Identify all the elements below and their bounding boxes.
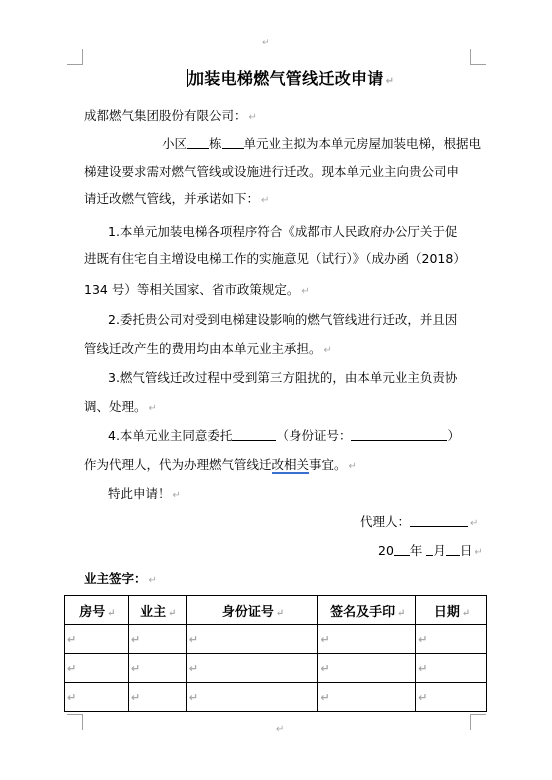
item-2-line-2[interactable]: 管线迁改产生的费用均由本单元业主承担。↵	[84, 341, 332, 359]
paragraph-mark: ↵	[324, 345, 332, 356]
closing-line[interactable]: 特此申请！↵	[108, 486, 181, 504]
cell-mark: ↵	[320, 633, 329, 646]
item-text: 调、处理。	[84, 399, 147, 414]
table-row: ↵ ↵ ↵ ↵ ↵	[65, 683, 487, 712]
table-header-row: 房号↵ 业主↵ 身份证号↵ 签名及手印↵ 日期↵	[65, 596, 487, 625]
cell-mark: ↵	[67, 633, 76, 646]
blank-field-building[interactable]	[187, 136, 209, 149]
cell-mark: ↵	[462, 608, 470, 619]
header-id-number[interactable]: 身份证号↵	[186, 596, 318, 625]
cell-mark: ↵	[397, 608, 405, 619]
blank-field-unit[interactable]	[222, 136, 244, 149]
table-cell[interactable]: ↵	[128, 654, 186, 683]
item-text: ）	[447, 428, 460, 443]
date-text: 年	[410, 543, 426, 558]
paragraph-mark: ↵	[149, 403, 157, 414]
title-text: 加装电梯燃气管线迁改申请	[188, 69, 384, 88]
item-text: 事宜。	[309, 457, 347, 472]
agent-signature-line[interactable]: 代理人：↵	[360, 514, 478, 532]
owner-signature-table: 房号↵ 业主↵ 身份证号↵ 签名及手印↵ 日期↵ ↵ ↵ ↵ ↵ ↵ ↵ ↵ ↵…	[64, 595, 487, 712]
crop-mark-bottom-right	[470, 714, 486, 730]
item-text: 管线迁改产生的费用均由本单元业主承担。	[84, 341, 322, 356]
cell-mark: ↵	[320, 691, 329, 704]
cell-mark: ↵	[189, 662, 198, 675]
item-1-line-3[interactable]: 134 号）等相关国家、省市政策规定。↵	[84, 282, 310, 300]
table-cell[interactable]: ↵	[65, 625, 129, 654]
crop-mark-top-left	[67, 49, 83, 65]
blank-field-id-number[interactable]	[351, 428, 447, 441]
intro-text: 栋	[209, 136, 222, 151]
header-text: 签名及手印	[330, 605, 395, 620]
header-paragraph-mark: ↵	[262, 35, 270, 51]
item-4-line-2[interactable]: 作为代理人，代为办理燃气管线迁改相关事宜。↵	[84, 457, 357, 475]
closing-text: 特此申请！	[108, 486, 171, 501]
header-text: 房号	[79, 605, 105, 620]
paragraph-mark: ↵	[249, 112, 257, 123]
table-cell[interactable]: ↵	[186, 654, 318, 683]
crop-mark-top-right	[470, 49, 486, 65]
cell-mark: ↵	[276, 608, 284, 619]
cell-mark: ↵	[107, 608, 115, 619]
intro-line-1[interactable]: 小区栋单元业主拟为本单元房屋加装电梯，根据电	[162, 136, 481, 152]
paragraph-mark: ↵	[261, 195, 269, 206]
header-text: 身份证号	[222, 605, 274, 620]
table-cell[interactable]: ↵	[416, 683, 487, 712]
paragraph-mark: ↵	[474, 547, 482, 558]
item-3-line-1[interactable]: 3.燃气管线迁改过程中受到第三方阻扰的，由本单元业主负责协	[108, 370, 457, 386]
table-cell[interactable]: ↵	[416, 625, 487, 654]
table-row: ↵ ↵ ↵ ↵ ↵	[65, 625, 487, 654]
table-cell[interactable]: ↵	[65, 654, 129, 683]
owner-signature-label[interactable]: 业主签字：↵	[84, 571, 157, 589]
owner-signature-text: 业主签字：	[84, 571, 147, 586]
paragraph-mark: ↵	[173, 490, 181, 501]
footer-paragraph-mark: ↵	[276, 722, 284, 738]
cell-mark: ↵	[189, 691, 198, 704]
paragraph-mark: ↵	[149, 575, 157, 586]
crop-mark-bottom-left	[67, 714, 83, 730]
blank-field-agent-signature[interactable]	[410, 514, 468, 527]
table-cell[interactable]: ↵	[416, 654, 487, 683]
table-cell[interactable]: ↵	[128, 683, 186, 712]
paragraph-mark: ↵	[470, 518, 478, 529]
cell-mark: ↵	[67, 691, 76, 704]
item-text: （身份证号：	[276, 428, 351, 443]
cell-mark: ↵	[131, 633, 140, 646]
addressee[interactable]: 成都燃气集团股份有限公司：↵	[84, 108, 257, 126]
cell-mark: ↵	[131, 691, 140, 704]
item-text: 作为代理人，代为办理燃气管线迁	[84, 457, 272, 472]
intro-line-2[interactable]: 梯建设要求需对燃气管线或设施进行迁改。现本单元业主向贵公司申	[84, 164, 459, 180]
cell-mark: ↵	[189, 633, 198, 646]
cell-mark: ↵	[418, 662, 427, 675]
paragraph-mark: ↵	[349, 461, 357, 472]
item-3-line-2[interactable]: 调、处理。↵	[84, 399, 157, 417]
agent-label: 代理人：	[360, 514, 410, 529]
item-text: 4.本单元业主同意委托	[108, 428, 232, 443]
addressee-text: 成都燃气集团股份有限公司：	[84, 108, 247, 123]
item-text: 134 号）等相关国家、省市政策规定。	[84, 282, 299, 297]
table-row: ↵ ↵ ↵ ↵ ↵	[65, 654, 487, 683]
header-owner[interactable]: 业主↵	[128, 596, 186, 625]
intro-text: 小区	[162, 136, 187, 151]
blank-field-year[interactable]	[394, 543, 410, 556]
blank-field-agent-name[interactable]	[232, 428, 276, 441]
date-line[interactable]: 20年 月日↵	[378, 543, 483, 561]
date-text: 20	[378, 543, 394, 558]
item-2-line-1[interactable]: 2.委托贵公司对受到电梯建设影响的燃气管线进行迁改，并且因	[108, 312, 457, 328]
grammar-underlined-text[interactable]: 改相关	[272, 457, 310, 474]
table-cell[interactable]: ↵	[65, 683, 129, 712]
document-page: ↵ 加装电梯燃气管线迁改申请↵ 成都燃气集团股份有限公司：↵ 小区栋单元业主拟为…	[0, 0, 552, 780]
blank-field-day[interactable]	[446, 543, 460, 556]
table-cell[interactable]: ↵	[186, 625, 318, 654]
intro-text: 单元业主拟为本单元房屋加装电梯，根据电	[244, 136, 482, 151]
table-cell[interactable]: ↵	[128, 625, 186, 654]
table-cell[interactable]: ↵	[318, 625, 416, 654]
cell-mark: ↵	[168, 608, 176, 619]
item-1-line-1[interactable]: 1.本单元加装电梯各项程序符合《成都市人民政府办公厅关于促	[108, 224, 457, 240]
item-4-line-1[interactable]: 4.本单元业主同意委托（身份证号：）	[108, 428, 460, 444]
header-date[interactable]: 日期↵	[416, 596, 487, 625]
cell-mark: ↵	[418, 633, 427, 646]
header-signature-fingerprint[interactable]: 签名及手印↵	[318, 596, 416, 625]
table-cell[interactable]: ↵	[186, 683, 318, 712]
table-cell[interactable]: ↵	[318, 683, 416, 712]
table-cell[interactable]: ↵	[318, 654, 416, 683]
cell-mark: ↵	[418, 691, 427, 704]
paragraph-mark: ↵	[386, 76, 395, 87]
intro-line-3[interactable]: 请迁改燃气管线，并承诺如下：↵	[84, 191, 269, 209]
header-text: 业主	[140, 605, 166, 620]
intro-text: 请迁改燃气管线，并承诺如下：	[84, 191, 259, 206]
date-text: 日	[460, 543, 473, 558]
cell-mark: ↵	[320, 662, 329, 675]
cell-mark: ↵	[131, 662, 140, 675]
paragraph-mark: ↵	[301, 286, 309, 297]
header-room-number[interactable]: 房号↵	[65, 596, 129, 625]
document-title[interactable]: 加装电梯燃气管线迁改申请↵	[187, 69, 394, 92]
header-text: 日期	[434, 605, 460, 620]
item-1-line-2[interactable]: 进既有住宅自主增设电梯工作的实施意见（试行）》（成办函（2018）	[84, 251, 466, 267]
cell-mark: ↵	[67, 662, 76, 675]
date-text: 月	[433, 543, 446, 558]
